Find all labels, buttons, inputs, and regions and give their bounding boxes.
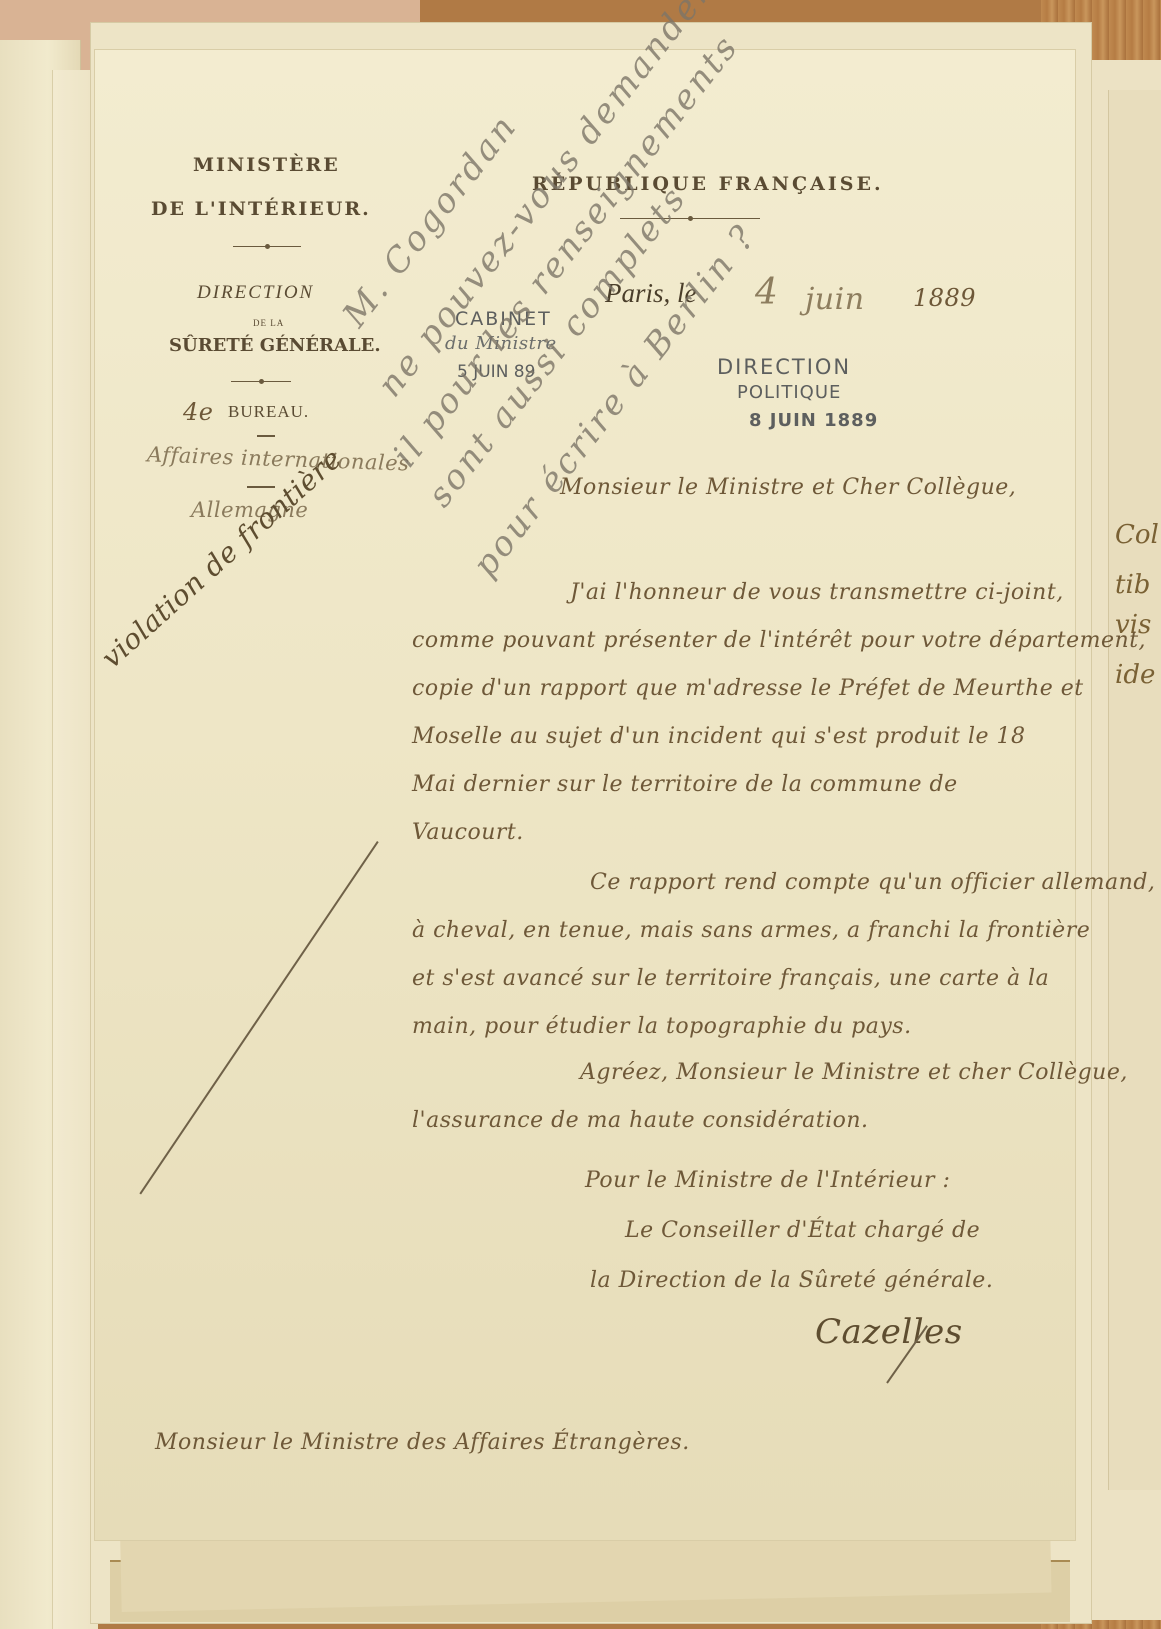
closing-line: Le Conseiller d'État chargé de	[625, 1218, 980, 1243]
underlying-script-fragment: tib	[1115, 570, 1150, 600]
body-line: J'ai l'honneur de vous transmettre ci-jo…	[570, 580, 1064, 605]
ministry-line-1: MINISTÈRE	[193, 154, 340, 176]
ornamental-rule	[231, 381, 291, 382]
body-line: Vaucourt.	[412, 820, 524, 845]
affaires-internationales-handwritten: Affaires internationales	[147, 442, 410, 475]
closing-line: la Direction de la Sûreté générale.	[590, 1268, 993, 1293]
short-rule	[257, 435, 275, 437]
underlying-script-fragment: ide	[1115, 660, 1155, 690]
body-line: et s'est avancé sur le territoire frança…	[412, 966, 1049, 991]
body-line: Mai dernier sur le territoire de la comm…	[412, 772, 958, 797]
short-rule	[247, 486, 275, 488]
letter-sheet: MINISTÈRE DE L'INTÉRIEUR. DIRECTION DE L…	[95, 50, 1075, 1540]
body-line: à cheval, en tenue, mais sans armes, a f…	[412, 918, 1090, 943]
date-day: 4	[755, 272, 778, 313]
body-line: Moselle au sujet d'un incident qui s'est…	[412, 724, 1025, 749]
underlying-script-fragment: Col	[1115, 520, 1159, 550]
ornamental-rule	[233, 246, 301, 247]
margin-note: violation de frontière	[95, 442, 348, 675]
ministry-line-2: DE L'INTÉRIEUR.	[151, 198, 371, 220]
body-line: Ce rapport rend compte qu'un officier al…	[590, 870, 1155, 895]
body-line: comme pouvant présenter de l'intérêt pou…	[412, 628, 1146, 653]
closing-line: Pour le Ministre de l'Intérieur :	[585, 1168, 950, 1193]
underlying-sheet-handwritten: Col tib vis ide	[1108, 90, 1161, 1490]
body-line: copie d'un rapport que m'adresse le Préf…	[412, 676, 1084, 701]
pencil-note-line-3: il pour les renseignements	[385, 27, 747, 475]
body-line: main, pour étudier la topographie du pay…	[412, 1014, 912, 1039]
body-line: Agréez, Monsieur le Ministre et cher Col…	[580, 1060, 1128, 1085]
date-month: juin	[805, 282, 865, 317]
surete-generale-heading: SÛRETÉ GÉNÉRALE.	[169, 335, 381, 356]
body-line: l'assurance de ma haute considération.	[412, 1108, 869, 1133]
margin-diagonal-line	[139, 841, 378, 1194]
direction-politique-stamp-date: 8 JUIN 1889	[749, 410, 878, 431]
direction-heading: DIRECTION	[197, 282, 314, 304]
salutation: Monsieur le Ministre et Cher Collègue,	[560, 475, 1016, 500]
de-la-label: DE LA	[253, 318, 284, 328]
date-year: 1889	[913, 284, 976, 312]
addressee: Monsieur le Ministre des Affaires Étrang…	[155, 1430, 690, 1455]
bureau-label: BUREAU.	[228, 402, 309, 422]
bureau-number-handwritten: 4e	[183, 398, 213, 426]
direction-politique-stamp-line1: DIRECTION	[717, 355, 851, 379]
republic-heading: RÉPUBLIQUE FRANÇAISE.	[532, 173, 884, 195]
direction-politique-stamp-line2: POLITIQUE	[737, 382, 841, 403]
signature: Cazelles	[815, 1312, 963, 1352]
